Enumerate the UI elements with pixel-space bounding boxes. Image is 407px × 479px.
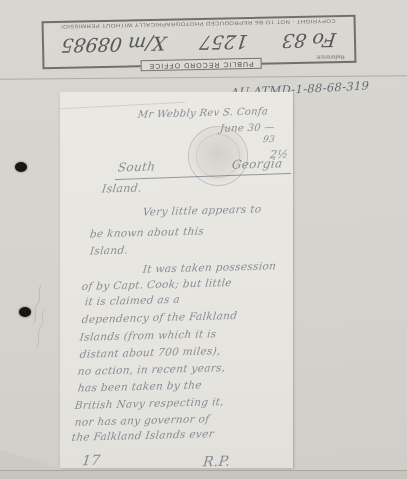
stamp-ref-part-film: X/m 08985 [49,31,180,56]
letter-date-year: 93 [262,135,275,145]
stamp-reference-value: Fo 83 1257 X/m 08985 [50,24,349,60]
stamp-ref-part-class: Fo 83 [269,28,349,52]
letter-line: it is claimed as a [84,294,180,308]
letter-line: Islands (from which it is [79,328,217,344]
letter-line: be known about this [89,226,205,241]
pro-stamp-box: COPYRIGHT - NOT TO BE REPRODUCED PHOTOGR… [42,15,357,70]
letter-line: Island. [89,245,129,258]
scanned-document: COPYRIGHT - NOT TO BE REPRODUCED PHOTOGR… [0,0,407,479]
stamp-ref-part-piece: 1257 [187,30,262,54]
page-number: 17 [81,453,101,469]
letter-line: nor has any governor of [74,413,210,429]
letter-line: has been taken by the [77,379,202,394]
letter-line: dependency of the Falkland [81,310,238,326]
place-word-south: South [117,160,156,175]
letter-paper: Mr Webbly Rev S. Confa June 30 — 93 2½ S… [60,92,294,468]
letter-line: British Navy respecting it, [74,396,225,412]
letter-line: distant about 700 miles), [79,345,221,361]
margin-pencil-note [20,282,57,360]
stamp-office-label: PUBLIC RECORD OFFICE [140,58,261,72]
place-word-georgia: Georgia [231,156,283,171]
scan-bottom-edge [0,470,407,479]
punch-hole [15,162,27,172]
letter-line: Very little appears to [142,203,262,218]
letter-line: no action, in recent years, [77,362,226,378]
letter-line: of by Capt. Cook; but little [81,277,232,293]
corner-fold [0,450,72,472]
registrar-initials: R.P. [202,454,231,471]
letter-line: the Falkland Islands ever [71,428,215,444]
letter-heading: Mr Webbly Rev S. Confa [137,106,269,120]
stamp-reference-label: Reference: [315,53,344,60]
island-label: Island. [101,181,142,195]
letter-line: It was taken possession [142,260,277,275]
